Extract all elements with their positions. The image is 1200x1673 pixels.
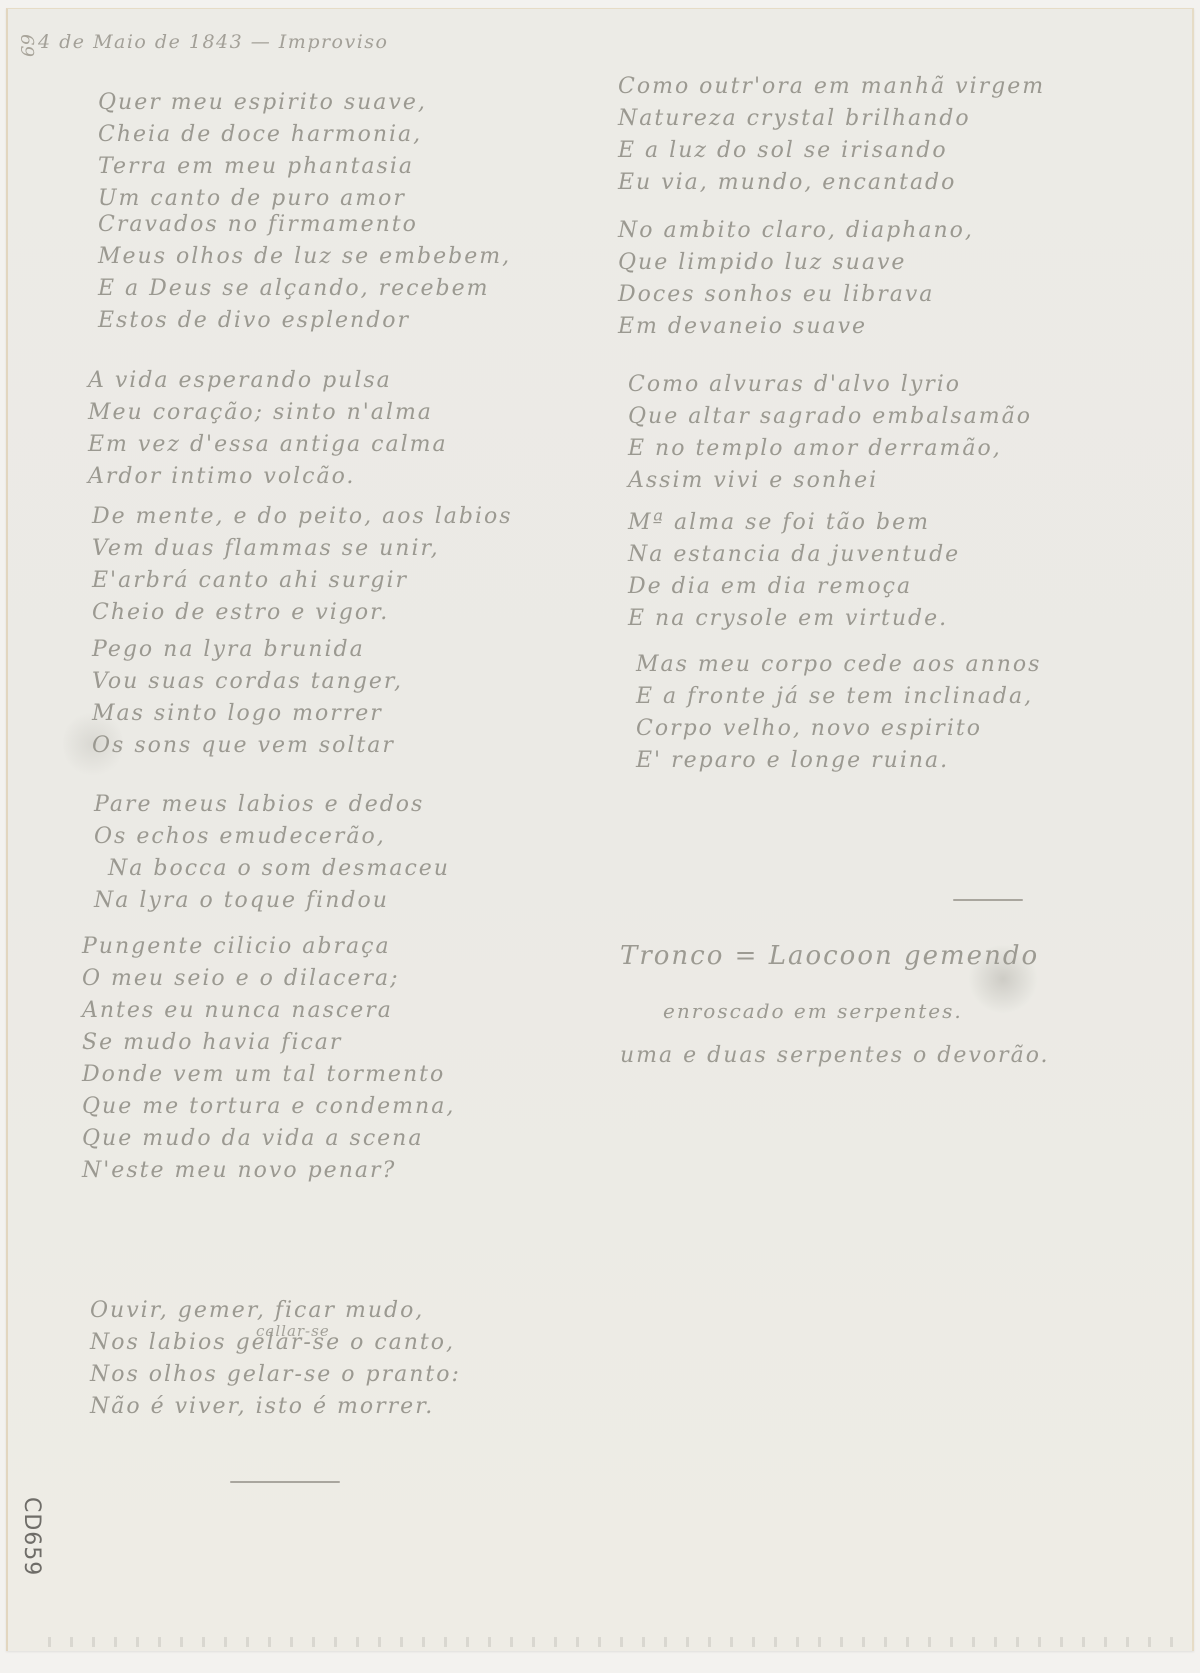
- verse-line: Terra em meu phantasia: [98, 151, 427, 183]
- verse-line: N'este meu novo penar?: [82, 1155, 455, 1187]
- verse-line: O meu seio e o dilacera;: [82, 963, 400, 995]
- verse-line: Mas meu corpo cede aos annos: [636, 649, 1041, 681]
- manuscript-page: 69 4 de Maio de 1843 — Improviso Quer me…: [6, 8, 1194, 1651]
- verse-line: Em vez d'essa antiga calma: [88, 429, 448, 461]
- verse-line: Pare meus labios e dedos: [94, 789, 450, 821]
- stanza: Mas meu corpo cede aos annos E a fronte …: [636, 649, 1041, 777]
- verse-line: No ambito claro, diaphano,: [618, 215, 974, 247]
- note-laocoon: uma e duas serpentes o devorão.: [620, 1043, 1050, 1068]
- verse-line: Pego na lyra brunida: [92, 634, 403, 666]
- verse-line: Pungente cilicio abraça: [82, 931, 400, 963]
- stanza: Ouvir, gemer, ficar mudo, Nos labios gel…: [90, 1295, 461, 1423]
- section-divider: [953, 899, 1023, 901]
- page-number: 69: [18, 34, 39, 57]
- stanza: Como outr'ora em manhã virgem Natureza c…: [618, 71, 1045, 199]
- stanza: Pungente cilicio abraça O meu seio e o d…: [82, 931, 400, 1059]
- verse-line: Corpo velho, novo espirito: [636, 713, 1041, 745]
- verse-line: Cheia de doce harmonia,: [98, 119, 427, 151]
- verse-line: E'arbrá canto ahi surgir: [92, 565, 513, 597]
- verse-line: E' reparo e longe ruina.: [636, 745, 1041, 777]
- verse-line: Que me tortura e condemna,: [82, 1091, 455, 1123]
- verse-line: Ouvir, gemer, ficar mudo,: [90, 1295, 461, 1327]
- stanza: Quer meu espirito suave, Cheia de doce h…: [98, 87, 427, 215]
- verse-line: Que mudo da vida a scena: [82, 1123, 455, 1155]
- verse-line: Na estancia da juventude: [628, 539, 960, 571]
- verse-line: Assim vivi e sonhei: [628, 465, 1032, 497]
- verse-line: Que altar sagrado embalsamão: [628, 401, 1032, 433]
- verse-line: Que limpido luz suave: [618, 247, 974, 279]
- verse-line: E a luz do sol se irisando: [618, 135, 1045, 167]
- stanza: Donde vem um tal tormento Que me tortura…: [82, 1059, 455, 1187]
- verse-line: Na lyra o toque findou: [94, 885, 450, 917]
- verse-line: Quer meu espirito suave,: [98, 87, 427, 119]
- verse-line: Meu coração; sinto n'alma: [88, 397, 448, 429]
- verse-line: Eu via, mundo, encantado: [618, 167, 1045, 199]
- stanza: No ambito claro, diaphano, Que limpido l…: [618, 215, 974, 343]
- verse-line: Cravados no firmamento: [98, 209, 511, 241]
- verse-line: Meus olhos de luz se embebem,: [98, 241, 511, 273]
- page-header-date-title: 4 de Maio de 1843 — Improviso: [38, 31, 389, 53]
- verse-line: Nos olhos gelar-se o pranto:: [90, 1359, 461, 1391]
- verse-line: E a Deus se alçando, recebem: [98, 273, 511, 305]
- verse-line: E a fronte já se tem inclinada,: [636, 681, 1041, 713]
- verse-line: Mas sinto logo morrer: [92, 698, 403, 730]
- section-divider: [230, 1481, 340, 1483]
- verse-line: Os sons que vem soltar: [92, 730, 403, 762]
- verse-line: Em devaneio suave: [618, 311, 974, 343]
- verse-line: Antes eu nunca nascera: [82, 995, 400, 1027]
- verse-line: Na bocca o som desmaceu: [94, 853, 450, 885]
- verse-line: E no templo amor derramão,: [628, 433, 1032, 465]
- verse-line: Se mudo havia ficar: [82, 1027, 400, 1059]
- verse-line: Doces sonhos eu librava: [618, 279, 974, 311]
- verse-line: Nos labios gelar-se o canto,: [90, 1327, 461, 1359]
- verse-line: E na crysole em virtude.: [628, 603, 960, 635]
- catalog-number: CD659: [19, 1497, 44, 1576]
- verse-line: Não é viver, isto é morrer.: [90, 1391, 461, 1423]
- note-laocoon: enroscado em serpentes.: [663, 999, 963, 1023]
- pencil-smudge: [63, 709, 123, 779]
- verse-line: Ardor intimo volcão.: [88, 461, 448, 493]
- stanza: De mente, e do peito, aos labios Vem dua…: [92, 501, 513, 629]
- stanza: Cravados no firmamento Meus olhos de luz…: [98, 209, 511, 337]
- verse-line: Natureza crystal brilhando: [618, 103, 1045, 135]
- verse-line: Vem duas flammas se unir,: [92, 533, 513, 565]
- stanza: A vida esperando pulsa Meu coração; sint…: [88, 365, 448, 493]
- verse-line: Vou suas cordas tanger,: [92, 666, 403, 698]
- stanza: Pare meus labios e dedos Os echos emudec…: [94, 789, 450, 917]
- stanza: Pego na lyra brunida Vou suas cordas tan…: [92, 634, 403, 762]
- verse-line: Mª alma se foi tão bem: [628, 507, 960, 539]
- verse-line: De dia em dia remoça: [628, 571, 960, 603]
- verse-line: A vida esperando pulsa: [88, 365, 448, 397]
- verse-line: Donde vem um tal tormento: [82, 1059, 455, 1091]
- stanza: Mª alma se foi tão bem Na estancia da ju…: [628, 507, 960, 635]
- verse-line: De mente, e do peito, aos labios: [92, 501, 513, 533]
- verse-line: Como alvuras d'alvo lyrio: [628, 369, 1032, 401]
- verse-line: Como outr'ora em manhã virgem: [618, 71, 1045, 103]
- verse-line: Os echos emudecerão,: [94, 821, 450, 853]
- note-laocoon: Tronco = Laocoon gemendo: [620, 941, 1039, 971]
- stanza: Como alvuras d'alvo lyrio Que altar sagr…: [628, 369, 1032, 497]
- verse-line: Cheio de estro e vigor.: [92, 597, 513, 629]
- paper-edge-marks: [48, 1637, 1188, 1647]
- verse-line: Estos de divo esplendor: [98, 305, 511, 337]
